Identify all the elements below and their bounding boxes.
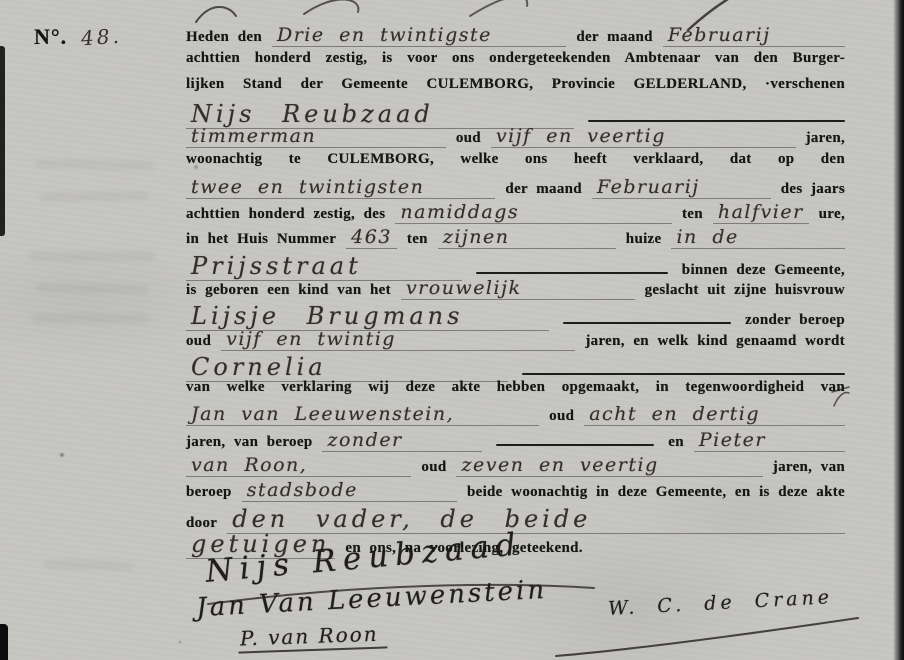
blank-fill-line	[563, 322, 731, 324]
printed-text: ten	[682, 206, 703, 223]
printed-text: beide woonachtig in deze Gemeente, en is…	[467, 484, 845, 501]
cutoff-stroke	[470, 0, 527, 16]
handwritten-text: in de	[671, 226, 845, 249]
signature-witness-2: P. van Roon	[238, 621, 387, 653]
document-line: is geboren een kind van hetvrouwelijkges…	[186, 277, 845, 302]
printed-text: des jaars	[781, 181, 845, 198]
scan-edge-left	[0, 46, 5, 236]
handwritten-text: Februarij	[663, 24, 845, 47]
document-line: in het Huis Nummer463tenzijnenhuizein de	[186, 226, 845, 251]
document-line: lijken Stand der Gemeente CULEMBORG, Pro…	[186, 75, 845, 100]
handwritten-text: timmerman	[186, 125, 446, 148]
document-line: Jan van Leeuwenstein,oudacht en dertig	[186, 403, 845, 428]
blank-fill-line	[522, 373, 845, 375]
blank-fill-line	[476, 272, 668, 274]
cutoff-stroke	[196, 7, 236, 22]
printed-text: jaren, en welk kind genaamd wordt	[585, 333, 845, 350]
record-number-label: N°.	[34, 24, 67, 49]
scan-edge-right	[893, 0, 904, 660]
document-line: van Roon,oudzeven en veertigjaren, van	[186, 454, 845, 479]
cutoff-stroke	[304, 0, 358, 14]
document-line: Lijsje Brugmanszonder beroep	[186, 302, 845, 327]
signature-registrar: W. C. de Crane	[608, 586, 834, 620]
document-line: oudvijf en twintigjaren, en welk kind ge…	[186, 328, 845, 353]
printed-text: is geboren een kind van het	[186, 282, 391, 299]
document-line: twee en twintigstender maandFebruarijdes…	[186, 176, 845, 201]
printed-text: jaren,	[806, 130, 845, 147]
document-line: achttien honderd zestig, is voor ons ond…	[186, 49, 845, 74]
printed-text: en	[668, 434, 684, 451]
handwritten-text: Drie en twintigste	[272, 24, 566, 47]
printed-text: der maand	[505, 181, 582, 198]
printed-text: achttien honderd zestig, is voor ons ond…	[186, 50, 845, 66]
document-line: Heden denDrie en twintigsteder maandFebr…	[186, 24, 845, 49]
printed-text: oud	[549, 408, 574, 425]
printed-text: oud	[186, 333, 211, 350]
handwritten-text: van Roon,	[186, 454, 411, 477]
bleed-through-mark	[40, 191, 150, 202]
handwritten-text: zonder	[322, 429, 481, 452]
document-line: achttien honderd zestig, desnamiddagsten…	[186, 201, 845, 226]
handwritten-text: halfvier	[713, 201, 809, 224]
document-line: Nijs Reubzaad	[186, 100, 845, 125]
printed-text: van welke verklaring wij deze akte hebbe…	[186, 379, 845, 395]
handwritten-text: zijnen	[438, 226, 616, 249]
printed-text: jaren, van	[773, 459, 845, 476]
printed-text: in het Huis Nummer	[186, 231, 336, 248]
document-line: beroepstadsbodebeide woonachtig in deze …	[186, 479, 845, 504]
printed-text: oud	[421, 459, 446, 476]
handwritten-text: vrouwelijk	[401, 277, 635, 300]
printed-text: jaren, van beroep	[186, 434, 312, 451]
blank-fill-line	[496, 444, 655, 446]
scan-edge-left	[0, 624, 8, 660]
printed-text: achttien honderd zestig, des	[186, 206, 385, 223]
printed-text: ten	[407, 231, 428, 248]
handwritten-text: vijf en twintig	[221, 328, 575, 351]
bleed-through-mark	[36, 283, 148, 294]
scanned-birth-record: N°.48. Heden denDrie en twintigsteder ma…	[0, 0, 904, 660]
document-line: timmermanoudvijf en veertigjaren,	[186, 125, 845, 150]
bleed-through-mark	[30, 252, 155, 261]
blank-fill-line	[588, 120, 845, 122]
record-number: N°.48.	[34, 24, 122, 50]
signature-flourish	[556, 618, 858, 656]
handwritten-text: Pieter	[694, 429, 845, 452]
handwritten-text: twee en twintigsten	[186, 176, 495, 199]
handwritten-text: namiddags	[395, 201, 672, 224]
handwritten-text: zeven en veertig	[456, 454, 762, 477]
document-body: Heden denDrie en twintigsteder maandFebr…	[186, 24, 845, 555]
handwritten-text: vijf en veertig	[491, 125, 796, 148]
printed-text: geslacht uit zijne huisvrouw	[645, 282, 845, 299]
document-line: Cornelia	[186, 353, 845, 378]
printed-text: zonder beroep	[745, 312, 845, 329]
document-line: van welke verklaring wij deze akte hebbe…	[186, 378, 845, 403]
handwritten-text: stadsbode	[242, 479, 457, 502]
printed-text: binnen deze Gemeente,	[682, 262, 845, 279]
bleed-through-mark	[34, 159, 154, 170]
printed-text: ure,	[819, 206, 845, 223]
document-line: Prijsstraatbinnen deze Gemeente,	[186, 252, 845, 277]
document-line: woonachtig te CULEMBORG, welke ons heeft…	[186, 150, 845, 175]
handwritten-text: acht en dertig	[584, 403, 845, 426]
bleed-through-mark	[44, 558, 134, 571]
handwritten-text: 463	[346, 226, 397, 249]
document-line: jaren, van beroepzonderenPieter	[186, 429, 845, 454]
handwritten-text: Februarij	[592, 176, 771, 199]
printed-text: lijken Stand der Gemeente CULEMBORG, Pro…	[186, 76, 845, 92]
printed-text: beroep	[186, 484, 232, 501]
printed-text: Heden den	[186, 29, 262, 46]
printed-text: huize	[626, 231, 662, 248]
record-number-value: 48.	[80, 24, 122, 51]
printed-text: oud	[456, 130, 481, 147]
printed-text: woonachtig te CULEMBORG, welke ons heeft…	[186, 151, 845, 167]
handwritten-text: Jan van Leeuwenstein,	[186, 403, 539, 426]
bleed-through-mark	[32, 314, 150, 323]
printed-text: der maand	[576, 29, 653, 46]
